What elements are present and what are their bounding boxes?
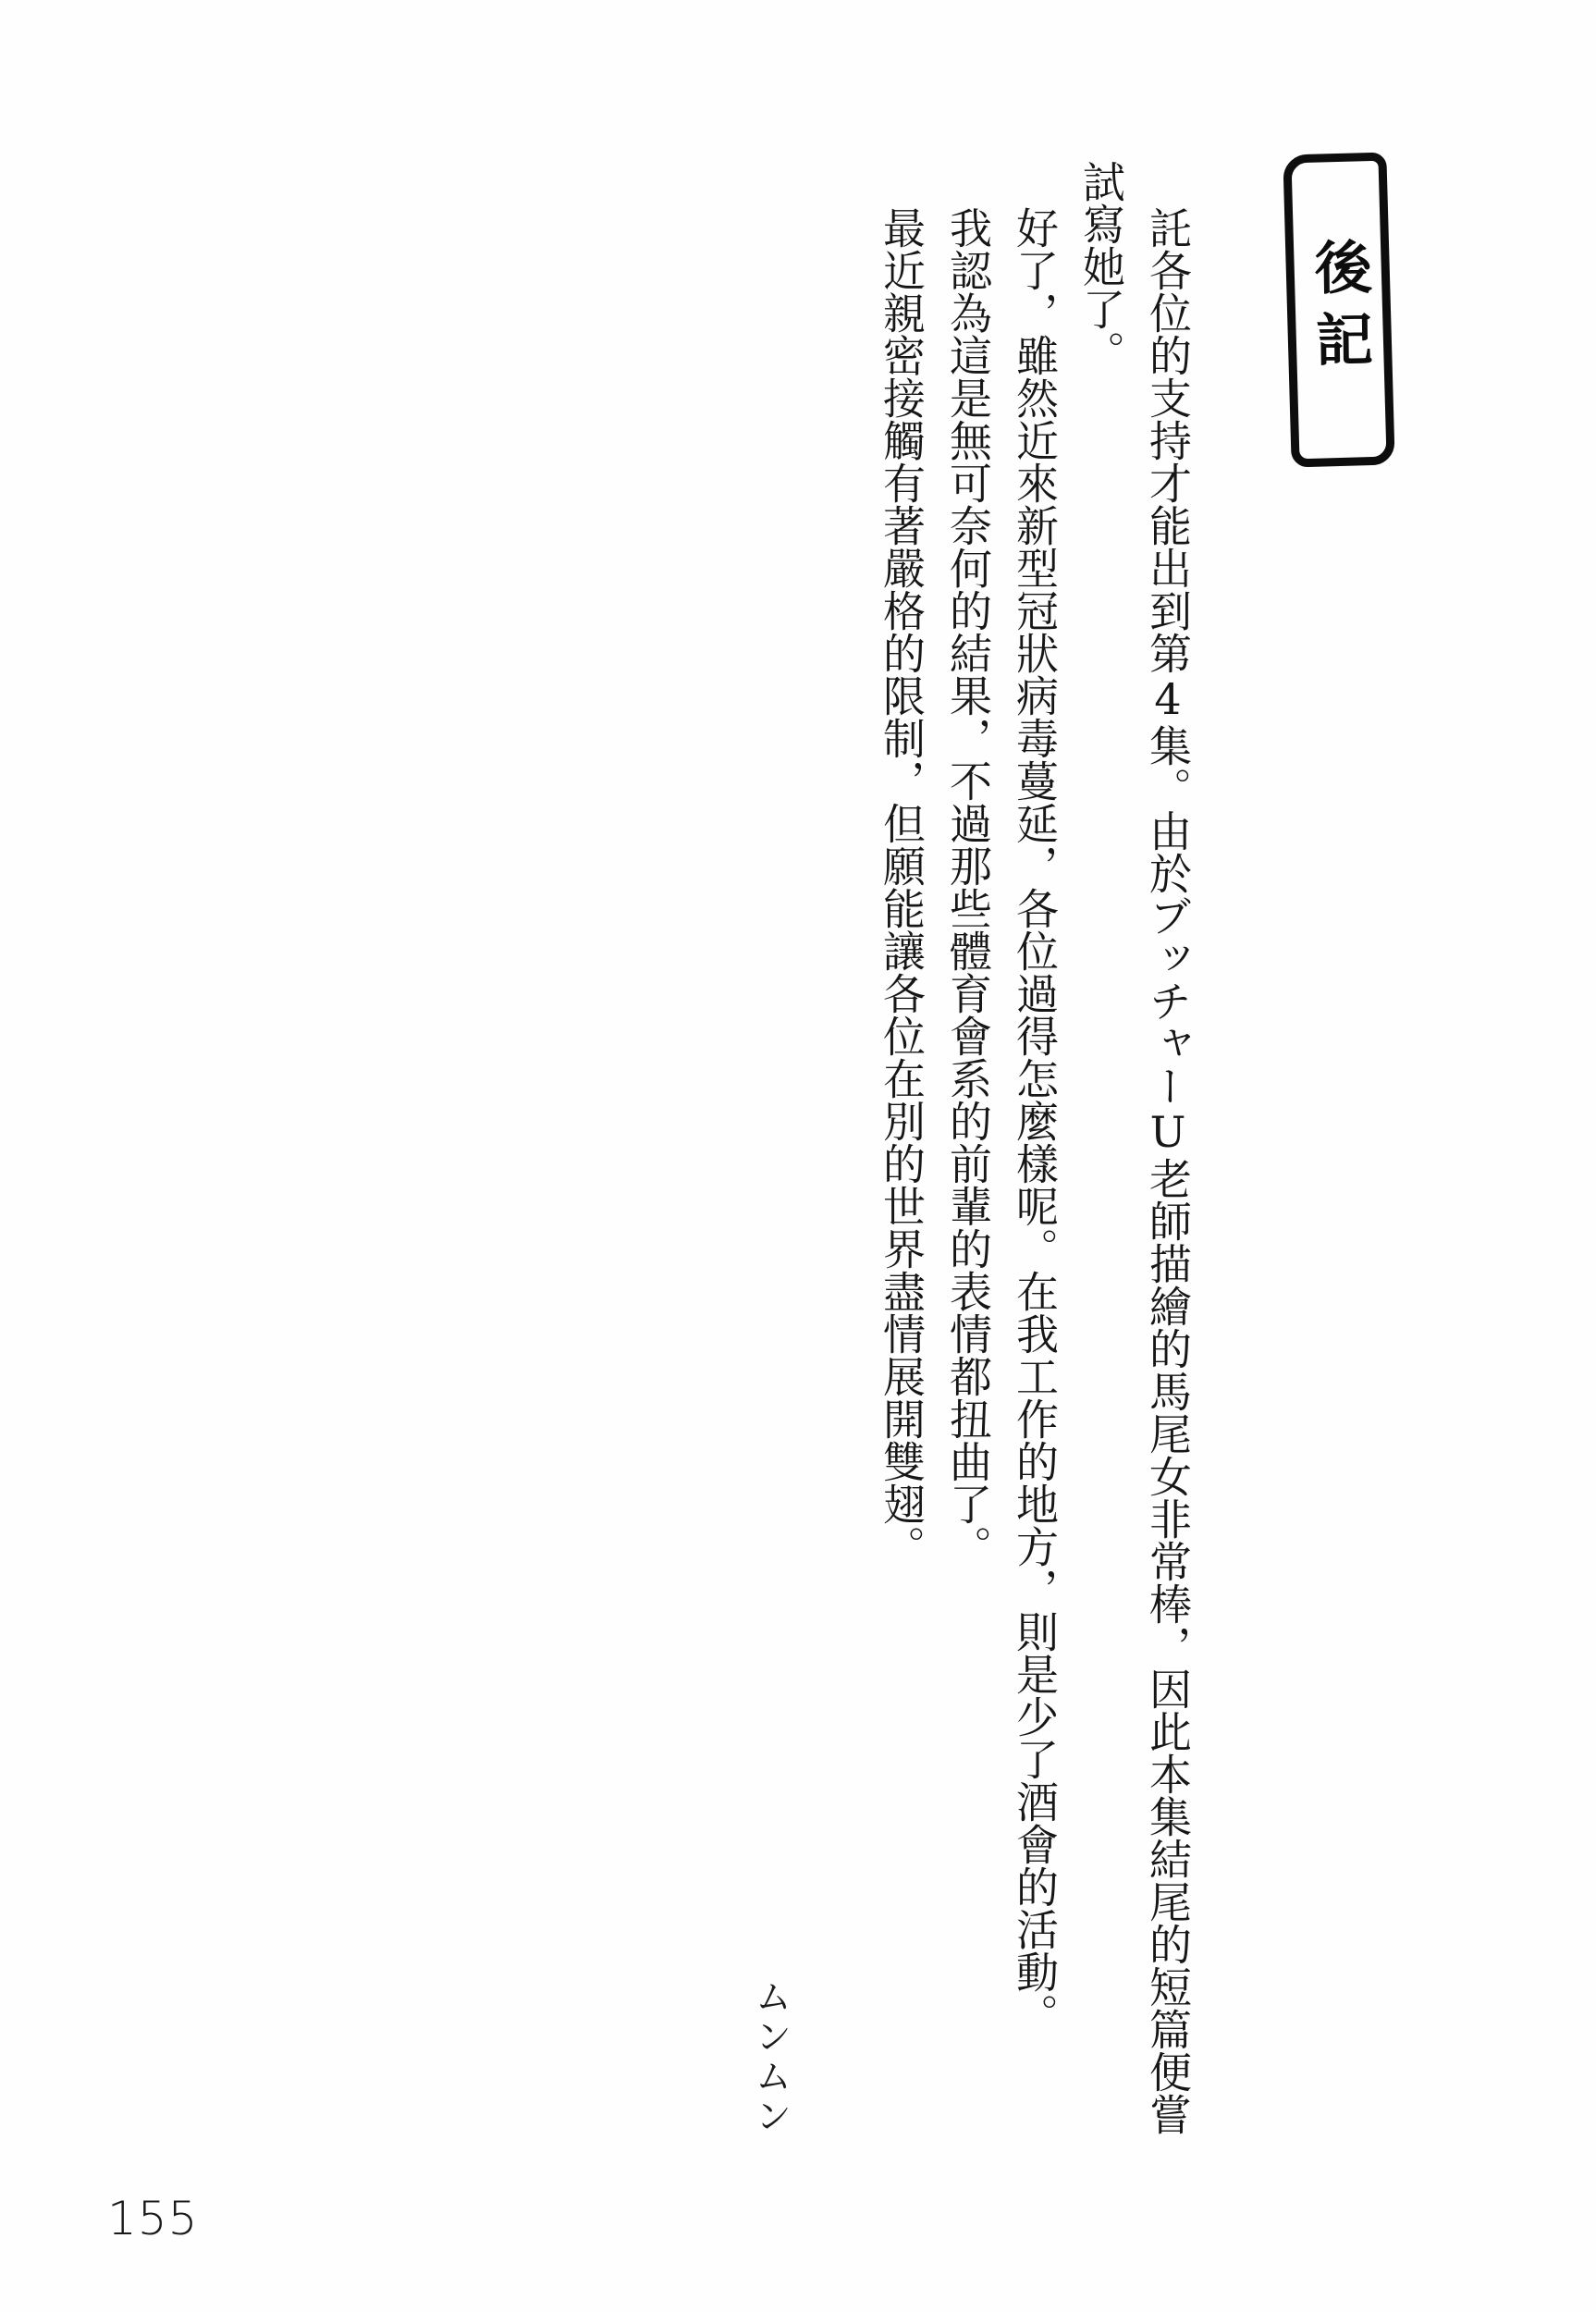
text-column-1: 託各位的支持才能出到第4集。由於ブッチャーU老師描繪的馬尾女非常棒，因此本集結尾… bbox=[1147, 160, 1189, 2135]
text-column-3: 好了，雖然近來新型冠狀病毒蔓延，各位過得怎麼樣呢。在我工作的地方，則是少了酒會的… bbox=[1013, 160, 1056, 2135]
afterword-title-box: 後記 bbox=[1283, 153, 1394, 468]
author-signature: ムンムン bbox=[749, 1977, 792, 2136]
afterword-text-block: 託各位的支持才能出到第4集。由於ブッチャーU老師描繪的馬尾女非常棒，因此本集結尾… bbox=[880, 160, 1189, 2135]
text-column-4: 我認為這是無可奈何的結果，不過那些體育會系的前輩的表情都扭曲了。 bbox=[947, 160, 989, 2135]
afterword-page: 後記 託各位的支持才能出到第4集。由於ブッチャーU老師描繪的馬尾女非常棒，因此本… bbox=[0, 0, 1596, 2312]
text-column-5: 最近親密接觸有著嚴格的限制，但願能讓各位在別的世界盡情展開雙翅。 bbox=[880, 160, 923, 2135]
page-number: 155 bbox=[107, 2192, 198, 2245]
text-column-2: 試寫她了。 bbox=[1080, 160, 1123, 2135]
afterword-title: 後記 bbox=[1296, 237, 1381, 382]
